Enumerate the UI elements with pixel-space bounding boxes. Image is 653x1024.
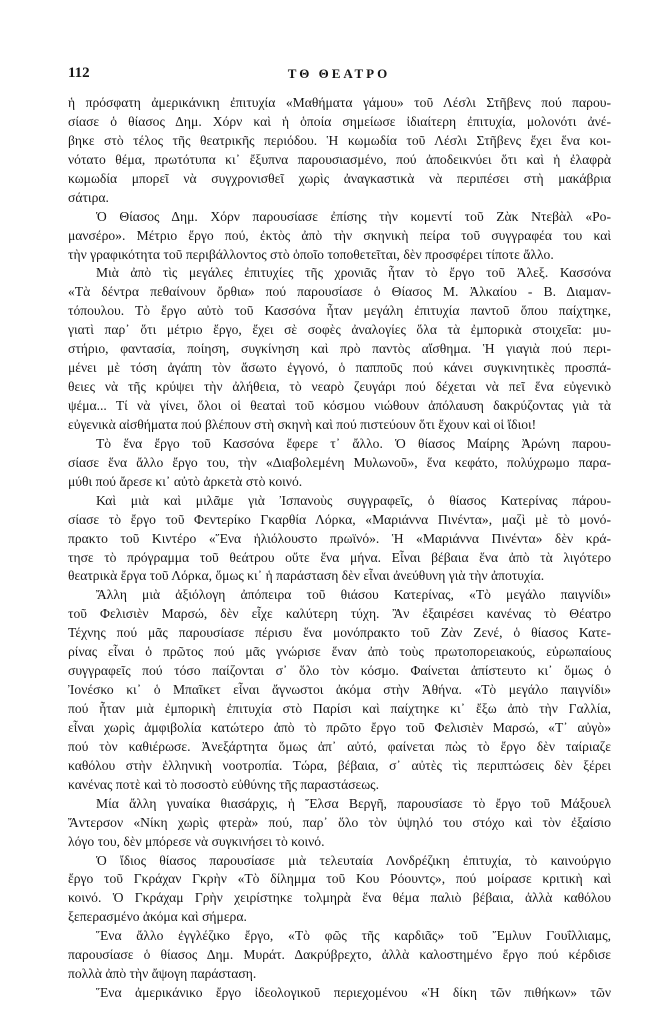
text-line: μένει μὲ τόση ἀγάπη τὸν ἄσωτο ἐγγονό, ὁ … <box>68 359 611 378</box>
text-line: νότατο θέμα, πρωτότυπα κι᾽ ἔξυπνα παρουσ… <box>68 151 611 170</box>
text-line: τοῦ Φελισιὲν Μαρσώ, δὲν εἶχε καλύτερη τύ… <box>68 605 611 624</box>
text-line: μύθι πού ἄρεσε κι᾽ αὐτὸ ἀρκετὰ στὸ κοινό… <box>68 473 611 492</box>
text-line: γιατὶ παρ᾽ ὅτι μέτριο ἔργο, ἔχει σὲ σοφὲ… <box>68 321 611 340</box>
text-line: ξεπερασμένο ἀκόμα καὶ σήμερα. <box>68 908 611 927</box>
text-line: ψέμα... Τί νὰ γίνει, ὅλοι οἱ θεαταὶ τοῦ … <box>68 397 611 416</box>
text-line: σίασε ὁ θίασος Δημ. Χόρν καὶ ἡ ὁποία σημ… <box>68 113 611 132</box>
text-line: πού ἦταν μιὰ ἐμπορικὴ ἐπιτυχία στὸ Παρίσ… <box>68 700 611 719</box>
text-line: τόπουλου. Τὸ ἔργο αὐτὸ τοῦ Κασσόνα ἦταν … <box>68 302 611 321</box>
text-line: Ἰονέσκο κι᾽ ὁ Μπαῖκετ εἶναι ἄγνωστοι ἀκό… <box>68 681 611 700</box>
book-page: 112 ΤΘ ΘΕΑΤΡΟ ἡ πρόσφατη ἀμερικάνικη ἐπι… <box>0 0 653 1024</box>
text-line: τὴν γραφικότητα τοῦ περιβάλλοντος στὸ ὁπ… <box>68 246 611 265</box>
text-line: κανένας ποτὲ καὶ τὸ ποσοστὸ εὐθύνης τῆς … <box>68 776 611 795</box>
text-line: παρουσίασε ὁ θίασος Δημ. Μυράτ. Δακρύβρε… <box>68 946 611 965</box>
text-line: σάτιρα. <box>68 189 611 208</box>
text-line: καθόλου στὴν ἑλληνικὴ νοοτροπία. Τώρα, β… <box>68 757 611 776</box>
page-header: 112 ΤΘ ΘΕΑΤΡΟ <box>68 65 610 85</box>
text-line: ἡ πρόσφατη ἀμερικάνικη ἐπιτυχία «Μαθήματ… <box>68 94 611 113</box>
text-line: Ὁ ἴδιος θίασος παρουσίασε μιὰ τελευταία … <box>68 852 611 871</box>
text-line: ἔργο τοῦ Γκράχαν Γκρὴν «Τὸ δίλημμα τοῦ Κ… <box>68 870 611 889</box>
text-line: πού τὸν καθιέρωσε. Ἀνεξάρτητα ὅμως ἀπ᾽ α… <box>68 738 611 757</box>
text-line: κοινό. Ὁ Γκράχαμ Γρὴν χειρίστηκε τολμηρὰ… <box>68 889 611 908</box>
text-line: σίασε τὸ ἔργο τοῦ Φεντερίκο Γκαρθία Λόρκ… <box>68 511 611 530</box>
text-line: Καὶ μιὰ καὶ μιλᾶμε γιὰ Ἰσπανοὺς συγγραφε… <box>68 492 611 511</box>
text-line: στήριο, φαντασία, ποίηση, συγκίνηση καὶ … <box>68 340 611 359</box>
running-title: ΤΘ ΘΕΑΤΡΟ <box>68 66 610 82</box>
text-line: σίασε ἕνα ἄλλο ἔργο του, τὴν «Διαβολεμέν… <box>68 454 611 473</box>
text-line: κωμωδία μπορεῖ νὰ συγχρονισθεῖ χωρὶς ἀνα… <box>68 170 611 189</box>
text-line: Ἄντερσον «Νίκη χωρὶς φτερὰ» πού, παρ᾽ ὅλ… <box>68 814 611 833</box>
text-line: Τέχνης πού μᾶς παρουσίασε πέρισυ ἕνα μον… <box>68 624 611 643</box>
text-line: συγγραφεῖς πού τόσο παίζονται σ᾽ ὅλο τὸν… <box>68 662 611 681</box>
text-line: ρίνας εἶναι ὁ πρῶτος πού μᾶς γνώρισε ἕνα… <box>68 643 611 662</box>
text-line: βηκε στὸ τέλος τῆς θεατρικῆς περιόδου. Ἡ… <box>68 132 611 151</box>
text-line: Τὸ ἕνα ἔργο τοῦ Κασσόνα ἔφερε τ᾽ ἄλλο. Ὁ… <box>68 435 611 454</box>
text-line: Μία ἄλλη γυναίκα θιασάρχις, ἡ Ἔλσα Βεργῆ… <box>68 795 611 814</box>
body-text: ἡ πρόσφατη ἀμερικάνικη ἐπιτυχία «Μαθήματ… <box>68 94 611 1003</box>
text-line: τησε τὸ πρόγραμμα τοῦ θεάτρου οὔτε ἕνα μ… <box>68 549 611 568</box>
text-line: «Τὰ δέντρα πεθαίνουν ὄρθια» πού παρουσία… <box>68 283 611 302</box>
text-line: Ἕνα ἀμερικάνικο ἔργο ἰδεολογικοῦ περιεχο… <box>68 984 611 1003</box>
text-line: λόγο του, δὲν μπόρεσε νὰ συγκινήσει τὸ κ… <box>68 833 611 852</box>
text-line: εἶναι χωρὶς ἀμφιβολία κατώτερο ἀπὸ τὸ πρ… <box>68 719 611 738</box>
text-line: εὐγενικὰ αἰσθήματα πού βλέπουν στὴ σκηνὴ… <box>68 416 611 435</box>
text-line: θεατρικὰ ἔργα τοῦ Λόρκα, ὅμως κι᾽ ἡ παρά… <box>68 567 611 586</box>
text-line: Ἕνα ἄλλο ἐγγλέζικο ἔργο, «Τὸ φῶς τῆς καρ… <box>68 927 611 946</box>
text-line: Ὁ Θίασος Δημ. Χόρν παρουσίασε ἐπίσης τὴν… <box>68 208 611 227</box>
text-line: πρακτο τοῦ Κιντέρο «Ἕνα ἡλιόλουστο πρωϊν… <box>68 530 611 549</box>
text-line: Ἄλλη μιὰ ἀξιόλογη ἀπόπειρα τοῦ θιάσου Κα… <box>68 586 611 605</box>
text-line: Μιὰ ἀπὸ τὶς μεγάλες ἐπιτυχίες τῆς χρονιᾶ… <box>68 264 611 283</box>
text-line: πολλὰ ἀπὸ τὴν ἄψογη παράσταση. <box>68 965 611 984</box>
text-line: μανσέρο». Μέτριο ἔργο πού, ἐκτὸς ἀπὸ τὴν… <box>68 227 611 246</box>
text-line: θειες νὰ τῆς κρύψει τὴν ἀλήθεια, τὸ νεαρ… <box>68 378 611 397</box>
